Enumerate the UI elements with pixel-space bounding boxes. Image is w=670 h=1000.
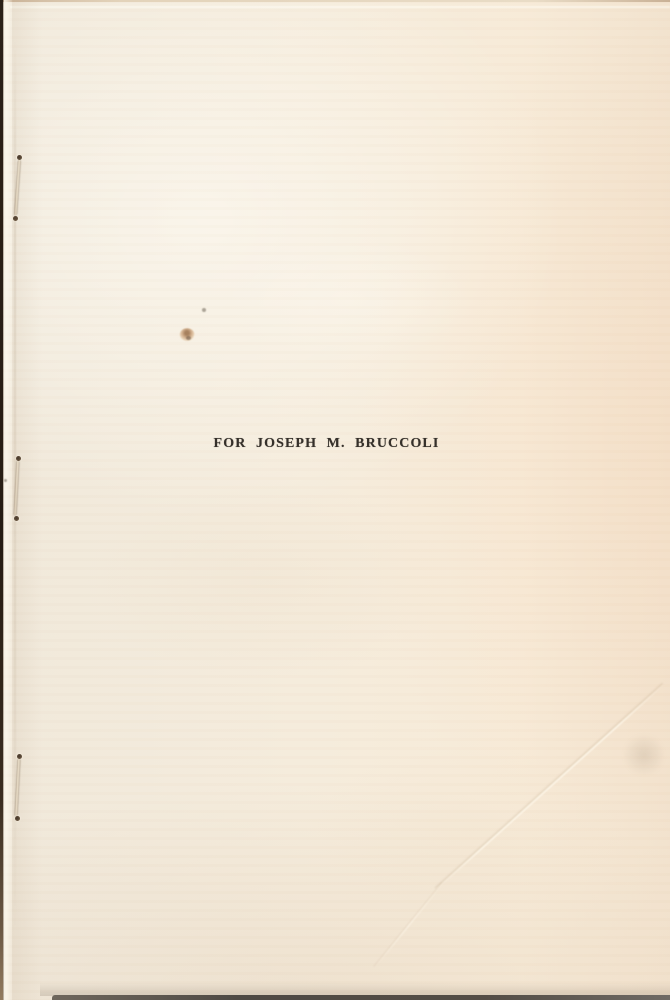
binding-stitch-bottom <box>6 753 32 825</box>
binding-stitch-top <box>6 154 32 224</box>
paper-smudge <box>622 735 666 775</box>
vertical-binding-crease <box>14 40 16 930</box>
foxing-spot <box>178 326 196 344</box>
page-top-highlight <box>10 6 670 8</box>
binding-stitch-middle <box>6 455 32 525</box>
diagonal-crease-lower <box>374 883 443 968</box>
diagonal-crease <box>436 684 665 890</box>
dedication-text: FOR JOSEPH M. BRUCCOLI <box>0 436 653 451</box>
paper-speck <box>202 308 206 312</box>
paper-texture <box>0 0 670 1000</box>
page-bottom-shadow <box>40 982 670 996</box>
paper-speck <box>4 479 7 482</box>
page-bottom-edge <box>52 995 670 1000</box>
foxing-spot-core <box>186 336 191 340</box>
scanned-book-page: FOR JOSEPH M. BRUCCOLI <box>0 0 670 1000</box>
page-top-edge <box>0 0 670 2</box>
